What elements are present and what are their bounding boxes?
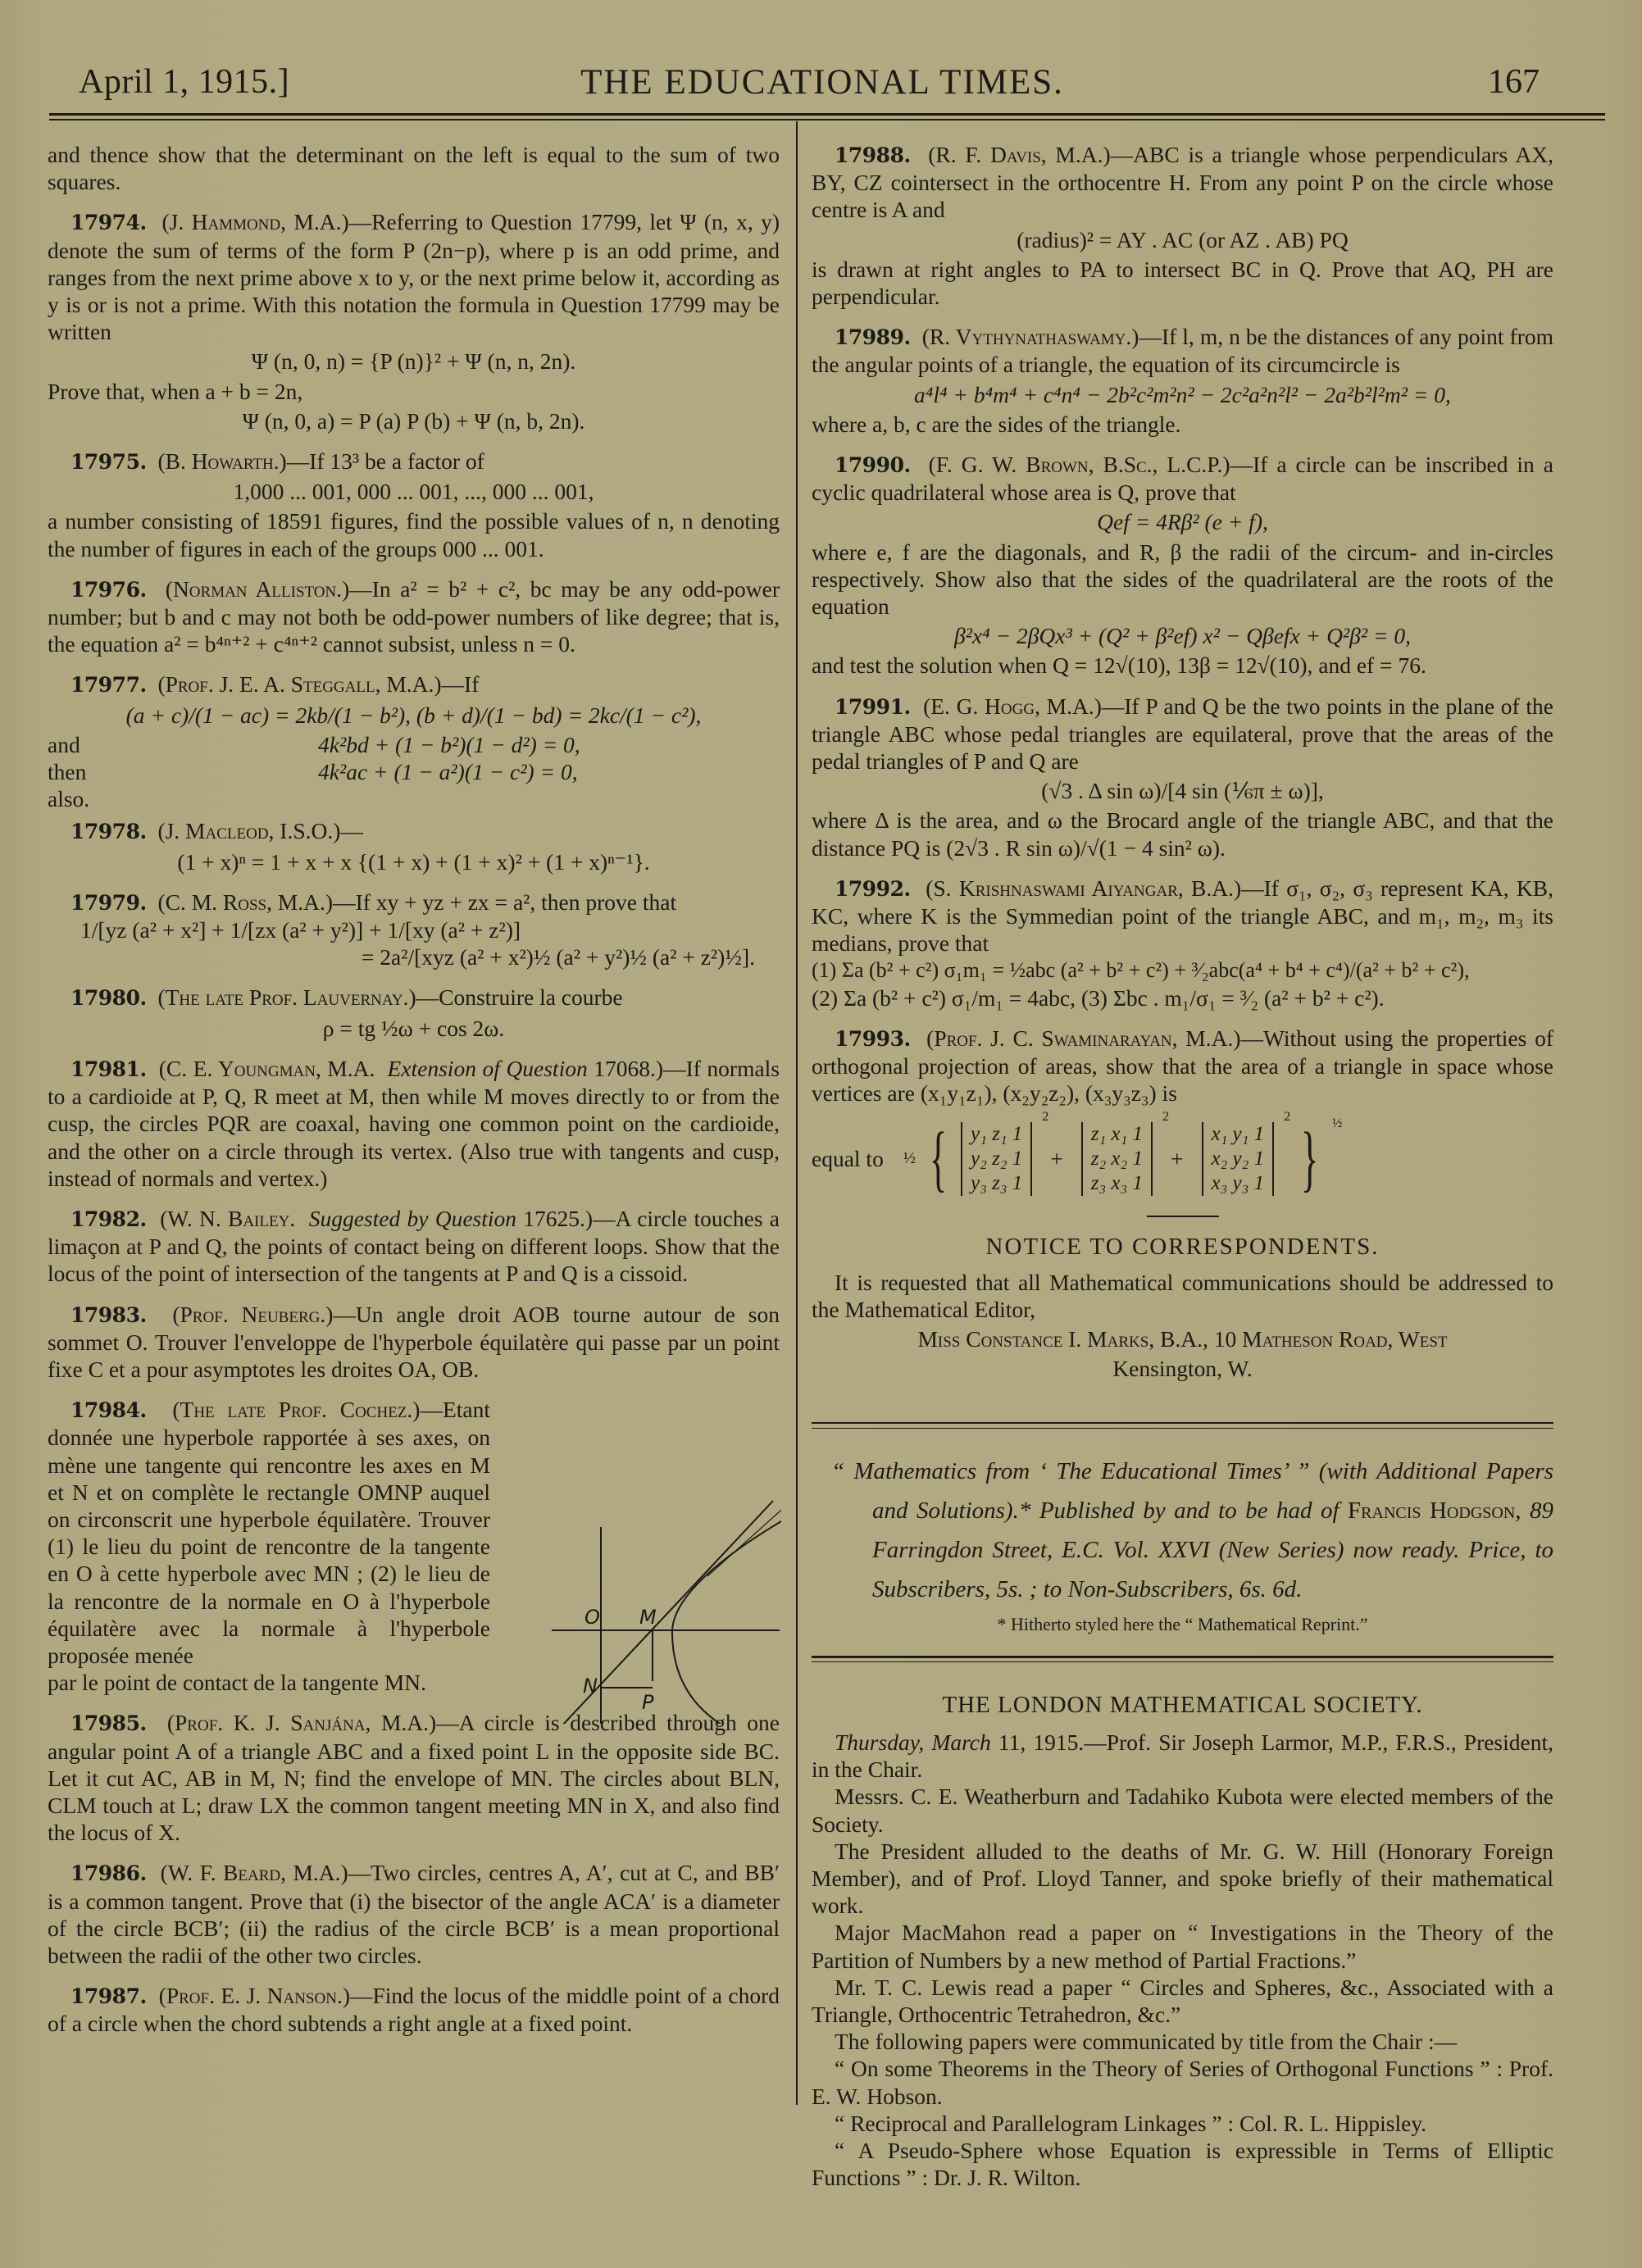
determinant-3: x₁ y₁ 1 x₂ y₂ 1 x₃ y₃ 1 2 [1202,1122,1275,1196]
question-number: 17986. [71,1861,147,1885]
label-and: and [48,731,252,758]
question-text: —Un angle droit AOB tourne autour de son… [48,1302,780,1382]
question-number: 17988. [835,143,911,167]
question-text: —Etant donnée une hyperbole rapportée à … [48,1397,490,1668]
notice-address: Miss Constance I. Marks, B.A., 10 Mathes… [812,1325,1553,1352]
hyperbola-figure: O M N P [519,1461,781,1724]
question-number: 17980. [71,986,147,1010]
suggested-number: 17625.) [523,1206,593,1231]
question-author: (The late Prof. Cochez.) [172,1397,420,1422]
paper-title: “ On some Theorems in the Theory of Seri… [812,2055,1553,2109]
question-text: a number consisting of 18591 figures, fi… [48,507,780,561]
question-text: —ABC is a triangle whose perpendiculars … [812,142,1553,222]
det-row: x₂ y₂ 1 [1212,1147,1265,1171]
question-number: 17987. [71,1984,147,2008]
question-number: 17991. [835,695,911,719]
suggested-note: Suggested by Question [309,1206,516,1231]
det-row: x₃ y₃ 1 [1212,1171,1265,1196]
notice-title: NOTICE TO CORRESPONDENTS. [812,1234,1553,1261]
question-author: (W. N. Bailey. [160,1206,295,1231]
left-brace: { [930,1122,948,1196]
label-p: P [642,1691,654,1714]
question-17991: 17991. (E. G. Hogg, M.A.)—If P and Q be … [812,693,1553,861]
society-paragraph: Messrs. C. E. Weatherburn and Tadahiko K… [812,1783,1553,1837]
question-author: (B. Howarth.) [157,448,286,474]
question-number: 17992. [835,877,911,901]
question-text: where e, f are the diagonals, and R, β t… [812,539,1553,620]
question-text: —Find the locus of the middle point of a… [48,1983,780,2036]
question-number: 17990. [835,453,911,477]
label-m: M [639,1606,657,1629]
question-17975: 17975. (B. Howarth.)—If 13³ be a factor … [48,448,780,562]
question-text: where a, b, c are the sides of the trian… [812,411,1553,438]
equation: (√3 . Δ sin ω)/[4 sin (⅙π ± ω)], [812,777,1553,804]
paper-title: “ A Pseudo-Sphere whose Equation is expr… [812,2137,1553,2191]
question-text: —If [442,671,480,697]
determinant-1: y₁ z₁ 1 y₂ z₂ 1 y₃ z₃ 1 2 [961,1122,1032,1196]
label-also: also. [48,785,780,812]
question-number: 17977. [71,673,147,697]
header-rule-lower [49,119,1605,120]
label-n: N [583,1675,598,1698]
question-text: Prove that, when a + b = 2n, [48,378,780,405]
society-paragraph: The following papers were communicated b… [812,2028,1553,2055]
question-author: (Prof. E. J. Nanson.) [159,1983,350,2008]
question-author: (C. M. Ross, M.A.) [157,889,333,915]
header-rule-upper [49,113,1605,116]
equal-to-label: equal to [812,1145,884,1172]
page-number: 167 [1488,62,1540,102]
society-paragraph: Major MacMahon read a paper on “ Investi… [812,1919,1553,1973]
question-author: (Prof. J. E. A. Steggall, M.A.) [157,671,441,697]
society-title: THE LONDON MATHEMATICAL SOCIETY. [812,1692,1553,1719]
page-header: April 1, 1915.] THE EDUCATIONAL TIMES. 1… [39,59,1605,108]
question-author: (Prof. Neuberg.) [172,1302,333,1327]
meeting-day: Thursday, [835,1729,924,1755]
label-then: then [48,758,252,785]
question-17974: 17974. (J. Hammond, M.A.)—Referring to Q… [48,208,780,434]
plus-sign: + [1050,1145,1063,1172]
left-column: and thence show that the determinant on … [48,141,780,2038]
det-row: y₁ z₁ 1 [971,1122,1022,1147]
det-row: x₁ y₁ 1 [1212,1122,1265,1147]
question-17993: 17993. (Prof. J. C. Swaminarayan, M.A.)—… [812,1025,1553,1204]
double-rule [812,1656,1553,1662]
question-text: where Δ is the area, and ω the Brocard a… [812,807,1553,861]
equation: 4k²bd + (1 − b²)(1 − d²) = 0, [252,731,780,758]
publisher-name: Francis Hodgson, [1348,1498,1521,1524]
column-divider [796,121,798,2105]
question-number: 17981. [71,1057,147,1081]
determinant-2: z₁ x₁ 1 z₂ x₂ 1 z₃ x₃ 1 2 [1081,1122,1153,1196]
extension-number: 17068.) [594,1056,663,1081]
question-text: and test the solution when Q = 12√(10), … [812,652,1553,679]
question-number: 17976. [71,578,147,602]
question-text: — [340,818,363,843]
question-author: (E. G. Hogg, M.A.) [923,693,1102,719]
equation: 4k²ac + (1 − a²)(1 − c²) = 0, [252,758,780,785]
question-text: —In a² = b² + c², bc may be any odd-powe… [48,576,780,657]
continuation-text: and thence show that the determinant on … [48,141,780,195]
question-17981: 17981. (C. E. Youngman, M.A. Extension o… [48,1055,780,1192]
det-row: y₃ z₃ 1 [971,1171,1022,1196]
question-text: is drawn at right angles to PA to inters… [812,256,1553,310]
question-text: —Two circles, centres A, A′, cut at C, a… [48,1860,780,1968]
question-number: 17979. [71,891,147,915]
equation: (2) Σa (b² + c²) σ₁/m₁ = 4abc, (3) Σbc .… [812,984,1553,1011]
society-paragraph: The President alluded to the deaths of M… [812,1838,1553,1920]
equation: a⁴l⁴ + b⁴m⁴ + c⁴n⁴ − 2b²c²m²n² − 2c²a²n²… [812,381,1553,408]
equation: (radius)² = AY . AC (or AZ . AB) PQ [812,226,1553,253]
extension-note: Extension of Question [388,1056,588,1081]
society-paragraph: Mr. T. C. Lewis read a paper “ Circles a… [812,1974,1553,2028]
question-number: 17974. [71,211,147,234]
question-author: (S. Krishnaswami Aiyangar, B.A.) [926,875,1241,901]
question-number: 17993. [835,1027,911,1051]
equation: 1,000 ... 001, 000 ... 001, ..., 000 ...… [48,478,780,505]
question-17980: 17980. (The late Prof. Lauvernay.)—Const… [48,984,780,1041]
publication-title: THE EDUCATIONAL TIMES. [39,62,1605,102]
equation: Qef = 4Rβ² (e + f), [812,508,1553,535]
question-number: 17983. [71,1303,147,1327]
question-number: 17984. [71,1398,147,1422]
question-author: (J. Hammond, M.A.) [161,209,348,234]
determinant-expression: equal to ½ { y₁ z₁ 1 y₂ z₂ 1 y₃ z₃ 1 2 +… [812,1114,1553,1204]
question-author: (F. G. W. Brown, B.Sc., L.C.P.) [929,452,1230,477]
det-row: z₃ x₃ 1 [1091,1171,1143,1196]
meeting-month: March [931,1729,990,1755]
equation: (1) Σa (b² + c²) σ₁m₁ = ½abc (a² + b² + … [812,957,1553,984]
question-17989: 17989. (R. Vythynathaswamy.)—If l, m, n … [812,323,1553,438]
question-number: 17989. [835,325,911,349]
det-row: z₁ x₁ 1 [1091,1122,1143,1147]
question-text: —If xy + yz + zx = a², then prove that [333,889,676,915]
equation: 1/[yz (a² + x²] + 1/[zx (a² + y²)] + 1/[… [48,916,780,943]
half-factor: ½ [903,1145,916,1172]
question-author: (R. F. Davis, M.A.) [928,142,1110,167]
question-number: 17978. [71,820,147,843]
question-author: (Norman Alliston.) [166,576,349,602]
double-rule [812,1422,1553,1429]
section-divider [1147,1216,1219,1217]
london-mathematical-society: THE LONDON MATHEMATICAL SOCIETY. Thursda… [812,1692,1553,2192]
question-number: 17975. [71,450,147,474]
equation: = 2a²/[xyz (a² + x²)½ (a² + y²)½ (a² + z… [48,943,780,970]
question-author: (Prof. J. C. Swaminarayan, M.A.) [926,1025,1240,1051]
equation: (1 + x)ⁿ = 1 + x + x {(1 + x) + (1 + x)²… [48,848,780,875]
equation: Ψ (n, 0, a) = P (a) P (b) + Ψ (n, b, 2n)… [48,407,780,434]
question-text: —Referring to Question 17799, let Ψ (n, … [48,209,780,344]
advert-mathematics-reprint: “ Mathematics from ‘ The Educational Tim… [812,1452,1553,1638]
question-17992: 17992. (S. Krishnaswami Aiyangar, B.A.)—… [812,875,1553,1011]
notice-to-correspondents: NOTICE TO CORRESPONDENTS. It is requeste… [812,1234,1553,1383]
paper-title: “ Reciprocal and Parallelogram Linkages … [812,2110,1553,2137]
question-author: (W. F. Beard, M.A.) [161,1860,348,1885]
question-number: 17982. [71,1207,147,1231]
question-text: —If 13³ be a factor of [287,448,484,474]
question-17983: 17983. (Prof. Neuberg.)—Un angle droit A… [48,1301,780,1384]
right-column: 17988. (R. F. Davis, M.A.)—ABC is a tria… [812,141,1553,2191]
question-author: (Prof. K. J. Sanjána, M.A.) [167,1710,436,1735]
question-17978: 17978. (J. Macleod, I.S.O.)— (1 + x)ⁿ = … [48,817,780,875]
question-17976: 17976. (Norman Alliston.)—In a² = b² + c… [48,575,780,658]
det-row: y₂ z₂ 1 [971,1147,1022,1171]
question-17979: 17979. (C. M. Ross, M.A.)—If xy + yz + z… [48,889,780,971]
question-17984: 17984. (The late Prof. Cochez.)—Etant do… [48,1396,780,1696]
question-author: (J. Macleod, I.S.O.) [157,818,340,843]
question-17990: 17990. (F. G. W. Brown, B.Sc., L.C.P.)—I… [812,451,1553,679]
equation: β²x⁴ − 2βQx³ + (Q² + β²ef) x² − Qβefx + … [812,622,1553,649]
question-17977: 17977. (Prof. J. E. A. Steggall, M.A.)—I… [48,670,780,812]
question-number: 17985. [71,1711,147,1735]
right-brace: } [1301,1122,1319,1196]
equation: Ψ (n, 0, n) = {P (n)}² + Ψ (n, n, 2n). [48,348,780,375]
question-17988: 17988. (R. F. Davis, M.A.)—ABC is a tria… [812,141,1553,310]
question-17987: 17987. (Prof. E. J. Nanson.)—Find the lo… [48,1982,780,2037]
question-17986: 17986. (W. F. Beard, M.A.)—Two circles, … [48,1859,780,1969]
equation: ρ = tg ½ω + cos 2ω. [48,1015,780,1042]
question-author: (R. Vythynathaswamy.) [922,324,1139,349]
equation: (a + c)/(1 − ac) = 2kb/(1 − b²), (b + d)… [48,702,780,729]
advert-footnote: * Hitherto styled here the “ Mathematica… [812,1611,1553,1638]
question-text: —Construire la courbe [416,984,623,1010]
label-o: O [584,1606,600,1629]
notice-address-2: Kensington, W. [812,1355,1553,1382]
det-row: z₂ x₂ 1 [1091,1147,1143,1171]
notice-text: It is requested that all Mathematical co… [812,1269,1553,1323]
question-17982: 17982. (W. N. Bailey. Suggested by Quest… [48,1205,780,1288]
plus-sign: + [1171,1145,1184,1172]
question-author: (C. E. Youngman, M.A. [159,1056,375,1081]
question-author: (The late Prof. Lauvernay.) [157,984,416,1010]
question-17985: 17985. (Prof. K. J. Sanjána, M.A.)—A cir… [48,1709,780,1846]
